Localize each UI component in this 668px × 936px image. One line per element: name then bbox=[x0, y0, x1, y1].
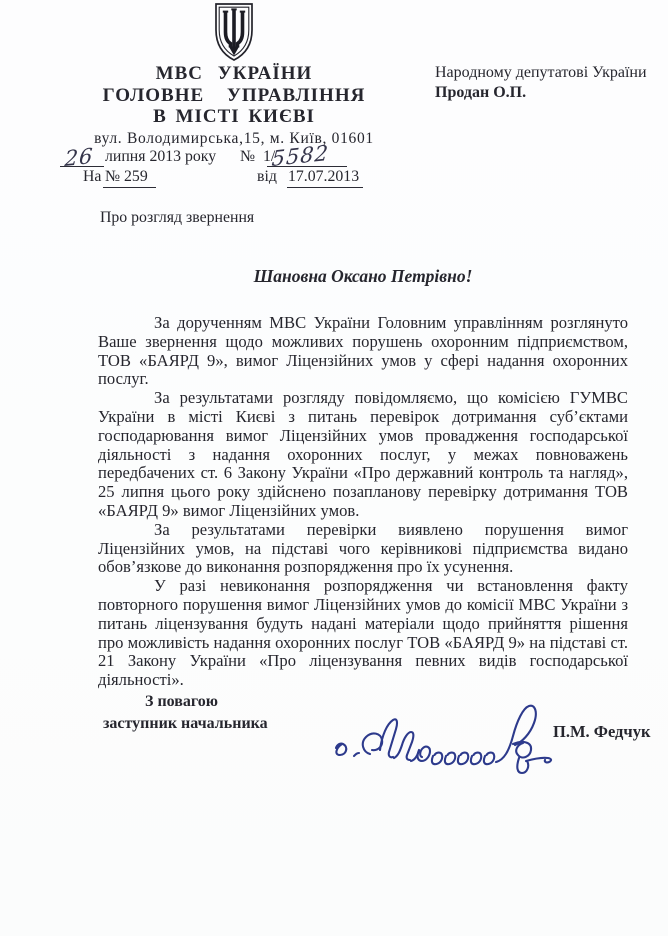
signer-name: П.М. Федчук bbox=[553, 722, 650, 742]
org-name-line2: ГОЛОВНЕ УПРАВЛІННЯ bbox=[58, 85, 410, 107]
salutation: Шановна Оксано Петрівно! bbox=[98, 266, 628, 287]
letter-body: За дорученням МВС України Головним управ… bbox=[98, 314, 628, 690]
outgoing-number-blank: 5582 bbox=[267, 138, 347, 167]
subject-line: Про розгляд звернення bbox=[100, 209, 254, 227]
scanned-letter-page: МВС УКРАЇНИ ГОЛОВНЕ УПРАВЛІННЯ В МІСТІ К… bbox=[0, 0, 668, 936]
org-name-line3: В МІСТІ КИЄВІ bbox=[58, 106, 410, 128]
addressee-name: Продан О.П. bbox=[435, 83, 647, 103]
letterhead: МВС УКРАЇНИ ГОЛОВНЕ УПРАВЛІННЯ В МІСТІ К… bbox=[58, 2, 410, 148]
incoming-reference-row: На № 259 від 17.07.2013 bbox=[58, 168, 438, 192]
reference-block: 26 липня 2013 року № 1/ 5582 На № 259 ві… bbox=[58, 146, 438, 194]
handwritten-signature-icon bbox=[330, 686, 555, 784]
body-paragraph: У разі невиконання розпорядження чи вста… bbox=[98, 577, 628, 690]
ukraine-trident-shield-icon bbox=[213, 2, 255, 62]
body-paragraph: За результатами перевірки виявлено поруш… bbox=[98, 521, 628, 577]
reply-date: 17.07.2013 bbox=[287, 168, 363, 188]
handwritten-outgoing-number: 5582 bbox=[271, 143, 330, 170]
reply-number: № 259 bbox=[103, 168, 156, 188]
body-paragraph: За результатами розгляду повідомляємо, щ… bbox=[98, 389, 628, 521]
outgoing-day-blank: 26 bbox=[60, 140, 104, 167]
closing-block: З повагою заступник начальника bbox=[103, 691, 268, 735]
handwritten-day: 26 bbox=[64, 146, 94, 170]
closing-respect: З повагою bbox=[145, 691, 268, 713]
org-name-line1: МВС УКРАЇНИ bbox=[58, 63, 410, 85]
reply-label: На bbox=[83, 168, 101, 186]
body-paragraph: За дорученням МВС України Головним управ… bbox=[98, 314, 628, 389]
reply-from-label: від bbox=[257, 168, 277, 186]
addressee-title: Народному депутатові України bbox=[435, 63, 647, 83]
outgoing-month-year: липня 2013 року bbox=[105, 148, 216, 166]
org-address: вул. Володимирська,15, м. Київ, 01601 bbox=[58, 130, 410, 148]
closing-position: заступник начальника bbox=[103, 713, 268, 735]
addressee-block: Народному депутатові України Продан О.П. bbox=[435, 63, 647, 102]
